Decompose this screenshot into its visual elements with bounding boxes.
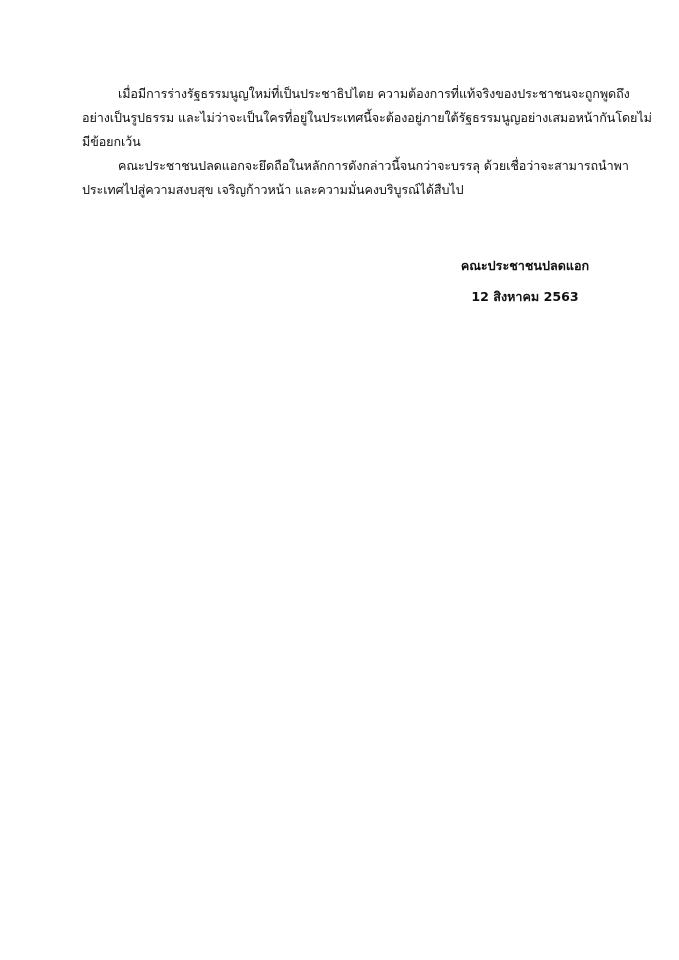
signature-date: 12 สิงหาคม 2563 (440, 281, 610, 312)
paragraph-line: คณะประชาชนปลดแอกจะยึดถือในหลักการดังกล่า… (82, 154, 612, 178)
document-page: เมื่อมีการร่างรัฐธรรมนูญใหม่ที่เป็นประชา… (0, 0, 679, 960)
paragraph-line: ประเทศไปสู่ความสงบสุข เจริญก้าวหน้า และค… (82, 178, 612, 202)
paragraph-line: เมื่อมีการร่างรัฐธรรมนูญใหม่ที่เป็นประชา… (82, 82, 612, 106)
paragraph-commitment: คณะประชาชนปลดแอกจะยึดถือในหลักการดังกล่า… (82, 154, 612, 202)
signature-block: คณะประชาชนปลดแอก 12 สิงหาคม 2563 (440, 250, 610, 312)
paragraph-line: อย่างเป็นรูปธรรม และไม่ว่าจะเป็นใครที่อย… (82, 106, 612, 130)
signature-organization: คณะประชาชนปลดแอก (440, 250, 610, 281)
paragraph-line: มีข้อยกเว้น (82, 130, 612, 154)
paragraph-text: คณะประชาชนปลดแอกจะยึดถือในหลักการดังกล่า… (118, 158, 629, 173)
paragraph-text: เมื่อมีการร่างรัฐธรรมนูญใหม่ที่เป็นประชา… (118, 86, 630, 101)
paragraph-constitution: เมื่อมีการร่างรัฐธรรมนูญใหม่ที่เป็นประชา… (82, 82, 612, 154)
